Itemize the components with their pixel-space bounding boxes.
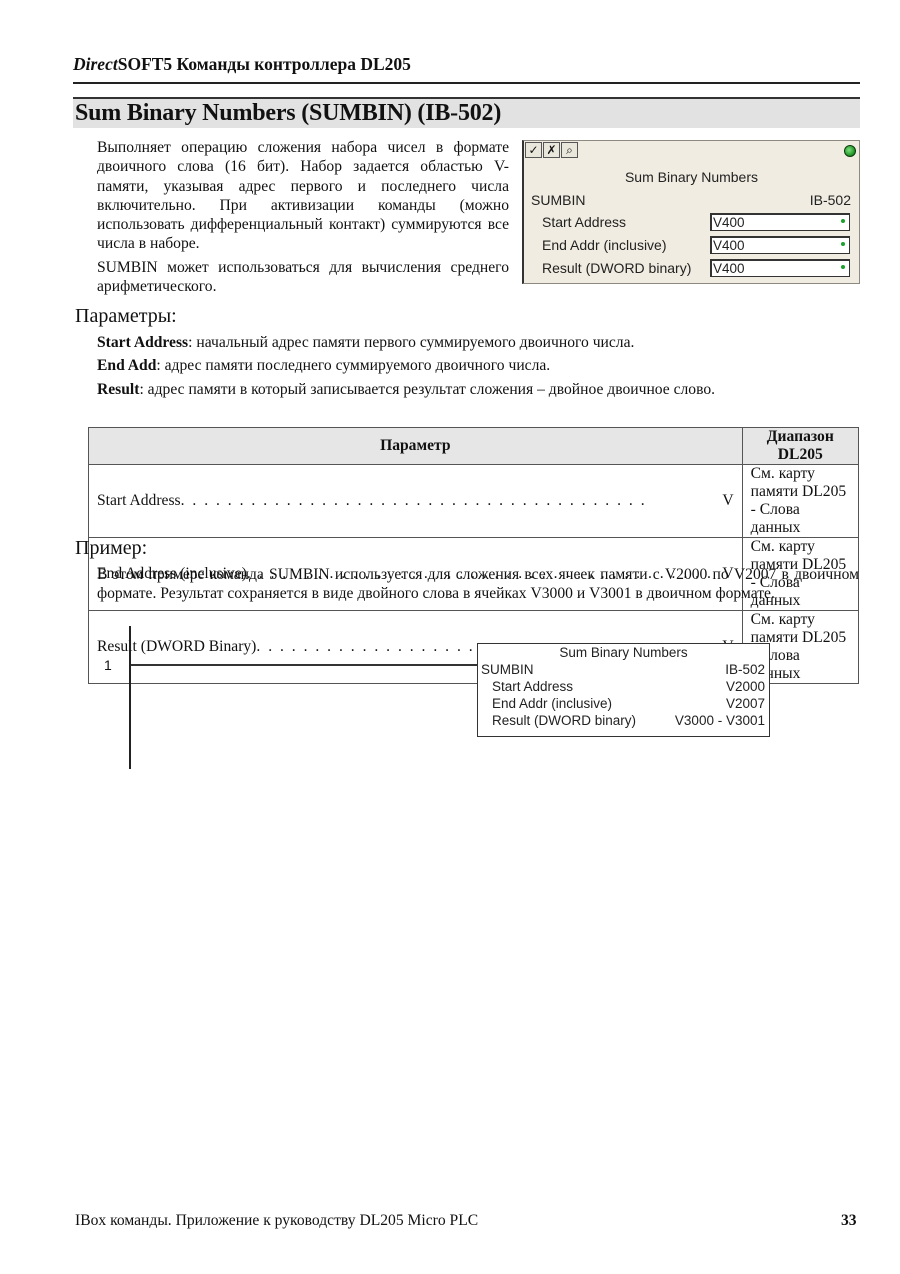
param-text: : адрес памяти последнего суммируемого д… xyxy=(156,357,550,374)
end-addr-input[interactable]: V400 xyxy=(710,236,850,254)
column-header-range: Диапазон DL205 xyxy=(742,428,858,465)
param-name: Result xyxy=(97,381,139,398)
ibox-row-label: Result (DWORD binary) xyxy=(492,713,636,729)
start-address-value: V400 xyxy=(713,215,745,230)
ibox-title: Sum Binary Numbers xyxy=(478,645,769,661)
ibox-row-value: V2000 xyxy=(726,679,765,695)
dialog-toolbar: ✓ ✗ ⌕ xyxy=(525,142,579,158)
parameter-cell: Start Address . . . . . . . . . . . . . … xyxy=(89,465,743,538)
page-number: 33 xyxy=(841,1212,857,1230)
cancel-icon[interactable]: ✗ xyxy=(543,142,560,158)
table-row: Start Address . . . . . . . . . . . . . … xyxy=(89,465,859,538)
ladder-power-rail xyxy=(129,626,131,769)
param-name: Start Address xyxy=(97,334,188,351)
description-paragraph: SUMBIN может использоваться для вычислен… xyxy=(97,258,509,297)
column-header-parameter: Параметр xyxy=(89,428,743,465)
dialog-instruction: SUMBIN xyxy=(531,192,585,208)
ibox-instruction: SUMBIN xyxy=(481,662,534,678)
param-text: : адрес памяти в который записывается ре… xyxy=(139,381,715,398)
description: Выполняет операцию сложения набора чисел… xyxy=(97,138,509,300)
end-addr-value: V400 xyxy=(713,238,745,253)
ibox-row-label: Start Address xyxy=(492,679,573,695)
help-icon[interactable]: ⌕ xyxy=(561,142,578,158)
param-end-add: End Add: адрес памяти последнего суммиру… xyxy=(97,357,550,375)
leader-dots: . . . . . . . . . . . . . . . . . . . . … xyxy=(181,492,723,510)
footer-text: IBox команды. Приложение к руководству D… xyxy=(75,1212,478,1230)
end-addr-label: End Addr (inclusive) xyxy=(542,237,667,253)
dialog-code: IB-502 xyxy=(810,192,851,208)
start-address-input[interactable]: V400 xyxy=(710,213,850,231)
dialog-title: Sum Binary Numbers xyxy=(524,169,859,185)
result-label: Result (DWORD binary) xyxy=(542,260,691,276)
rung-wire xyxy=(131,664,478,666)
example-heading: Пример: xyxy=(75,537,147,560)
param-name: End Add xyxy=(97,357,156,374)
section-title: Sum Binary Numbers (SUMBIN) (IB-502) xyxy=(75,100,501,127)
param-type: V xyxy=(722,492,733,510)
param-name: Start Address xyxy=(97,492,181,510)
header-rule xyxy=(73,82,860,84)
ibox-code: IB-502 xyxy=(725,662,765,678)
table-header-row: Параметр Диапазон DL205 xyxy=(89,428,859,465)
description-paragraph: Выполняет операцию сложения набора чисел… xyxy=(97,138,509,254)
result-input[interactable]: V400 xyxy=(710,259,850,277)
field-ok-icon xyxy=(841,219,845,223)
ibox-row-value: V3000 - V3001 xyxy=(675,713,765,729)
param-name: Result (DWORD Binary) xyxy=(97,638,256,656)
status-indicator-icon xyxy=(844,145,856,157)
param-text: : начальный адрес памяти первого суммиру… xyxy=(188,334,634,351)
param-start-address: Start Address: начальный адрес памяти пе… xyxy=(97,334,634,352)
ibox-row-label: End Addr (inclusive) xyxy=(492,696,612,712)
sumbin-ibox: Sum Binary Numbers SUMBIN IB-502 Start A… xyxy=(477,643,770,737)
ibox-dialog: ✓ ✗ ⌕ Sum Binary Numbers SUMBIN IB-502 S… xyxy=(522,140,860,284)
brand-italic: Direct xyxy=(73,54,118,74)
rung-number: 1 xyxy=(104,657,112,673)
example-text: В этом примере команда SUMBIN использует… xyxy=(97,565,859,604)
field-ok-icon xyxy=(841,265,845,269)
range-cell: См. карту памяти DL205 - Слова данных xyxy=(742,465,858,538)
ibox-row-value: V2007 xyxy=(726,696,765,712)
start-address-label: Start Address xyxy=(542,214,626,230)
field-ok-icon xyxy=(841,242,845,246)
result-value: V400 xyxy=(713,261,745,276)
running-header: DirectSOFT5 Команды контроллера DL205 xyxy=(73,54,411,75)
brand-rest: SOFT5 Команды контроллера DL205 xyxy=(118,54,411,74)
check-icon[interactable]: ✓ xyxy=(525,142,542,158)
parameters-heading: Параметры: xyxy=(75,305,177,328)
param-result: Result: адрес памяти в который записывае… xyxy=(97,381,715,399)
